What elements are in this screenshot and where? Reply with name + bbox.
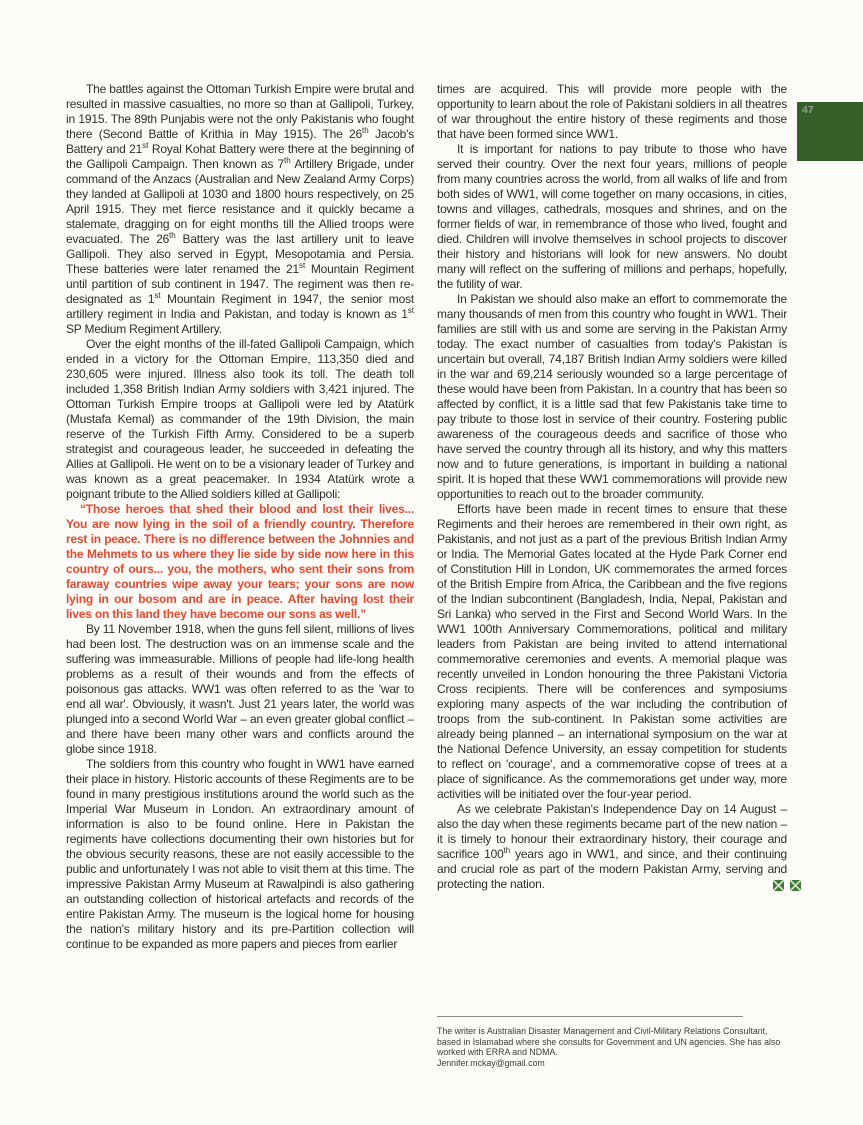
article-paragraph: The soldiers from this country who fough… [66,757,414,952]
article-paragraph: By 11 November 1918, when the guns fell … [66,622,414,757]
right-column: times are acquired. This will provide mo… [437,82,787,952]
footnote-divider [437,1016,743,1017]
article-paragraph: It is important for nations to pay tribu… [437,142,787,292]
left-column: The battles against the Ottoman Turkish … [66,82,414,952]
author-email: Jennifer.mckay@gmail.com [437,1058,783,1069]
article-paragraph: In Pakistan we should also make an effor… [437,292,787,502]
article-paragraph: Over the eight months of the ill-fated G… [66,337,414,502]
author-bio: The writer is Australian Disaster Manage… [437,1026,783,1058]
article-body: The battles against the Ottoman Turkish … [66,82,787,952]
article-paragraph: Efforts have been made in recent times t… [437,502,787,802]
article-paragraph: times are acquired. This will provide mo… [437,82,787,142]
end-of-article-icon [773,880,784,891]
right-column-text: times are acquired. This will provide mo… [437,82,787,892]
ataturk-tribute-quote: “Those heroes that shed their blood and … [66,502,414,622]
magazine-page: 47 The battles against the Ottoman Turki… [0,0,863,1125]
page-number: 47 [797,102,863,116]
end-of-article-icon [790,880,801,891]
author-footnote: The writer is Australian Disaster Manage… [437,1016,783,1068]
page-number-tab: 47 [797,102,863,161]
article-paragraph: The battles against the Ottoman Turkish … [66,82,414,337]
